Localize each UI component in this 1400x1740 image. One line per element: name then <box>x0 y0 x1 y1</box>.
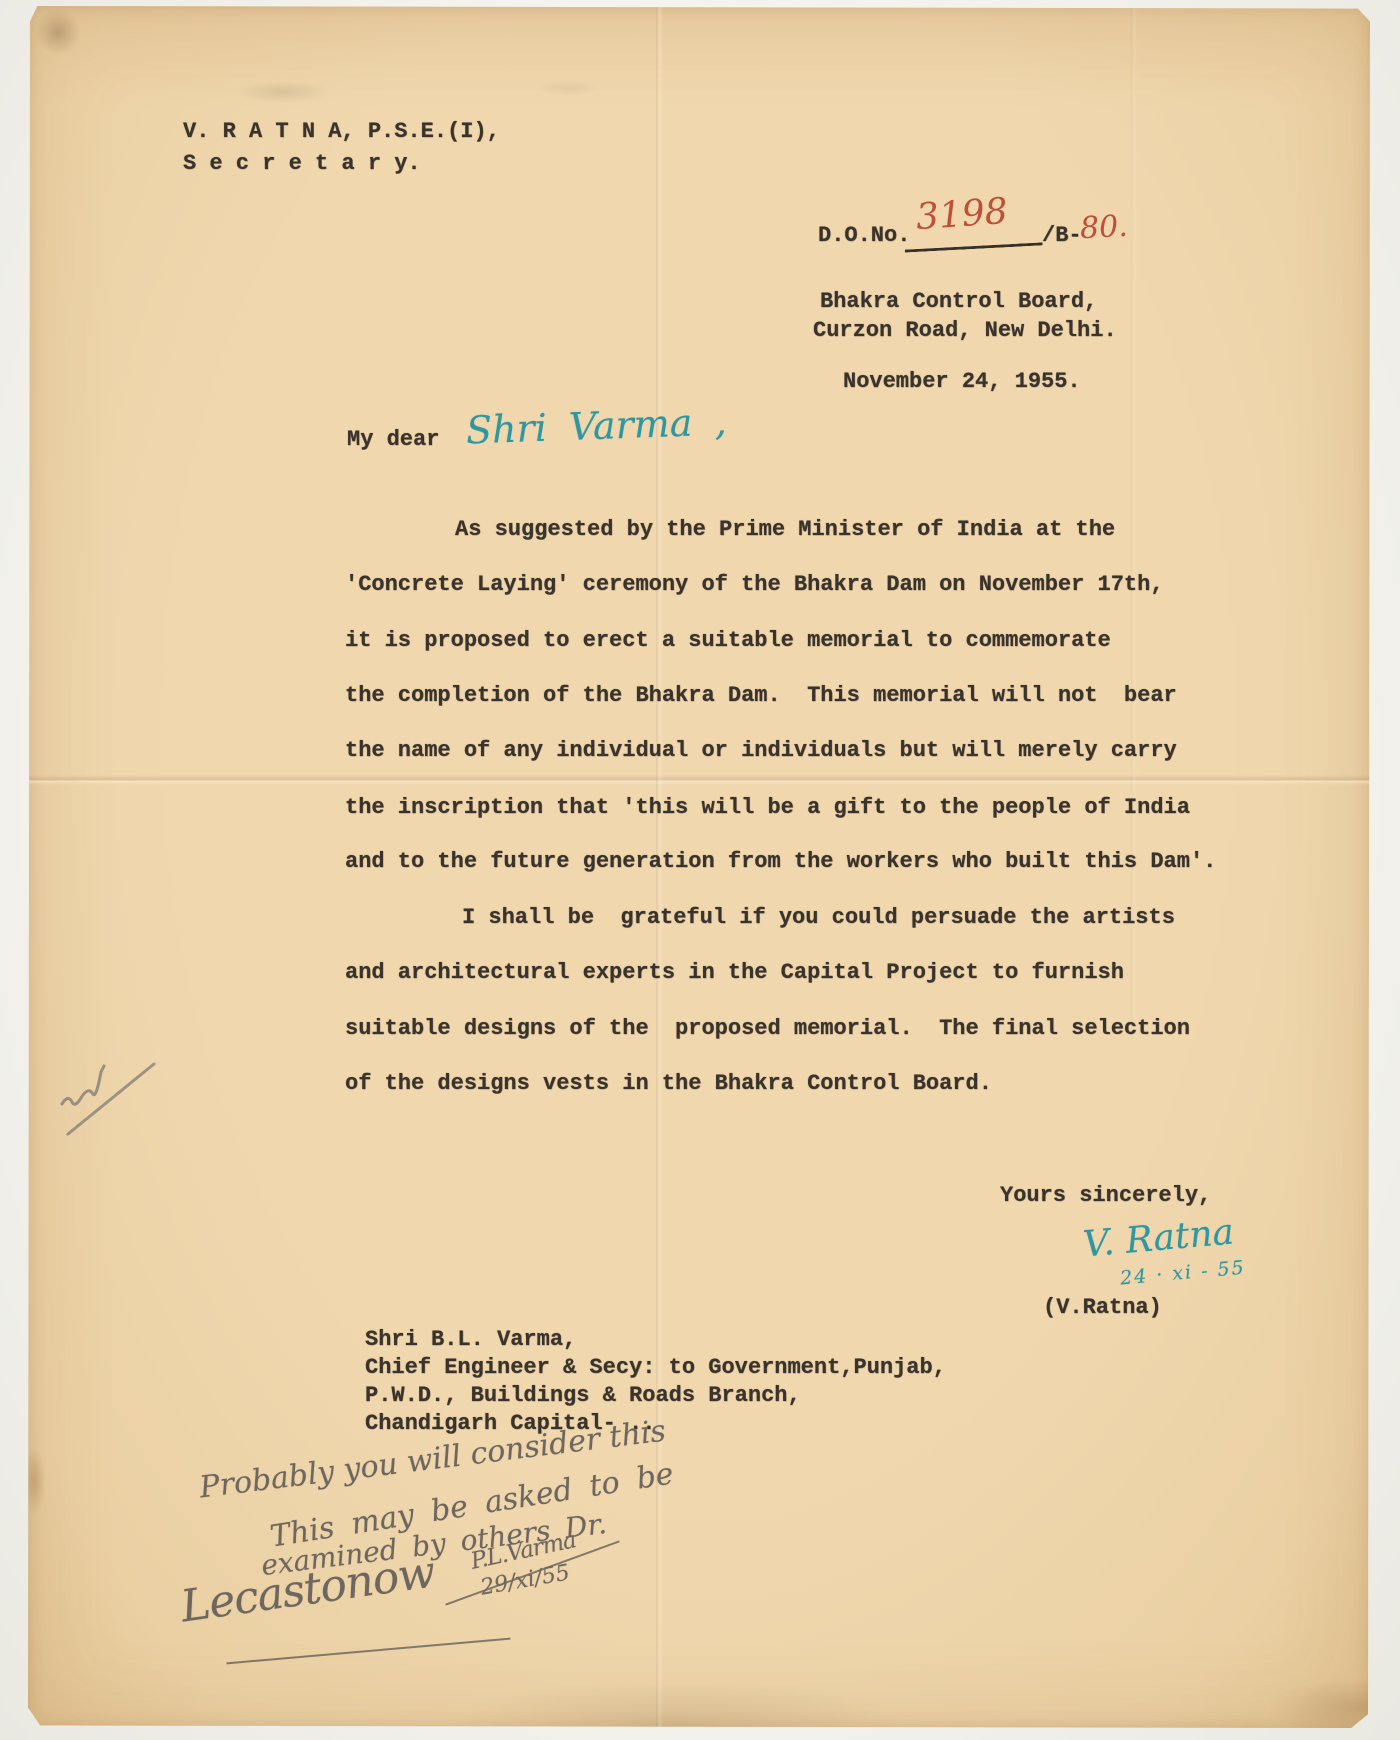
body-line: I shall be grateful if you could persuad… <box>462 904 1175 932</box>
letter-date: November 24, 1955. <box>843 368 1081 396</box>
salutation-typed: My dear <box>347 426 439 454</box>
scanned-letter-page: V. R A T N A, P.S.E.(I), S e c r e t a r… <box>0 0 1400 1740</box>
origin-address-line-2: Curzon Road, New Delhi. <box>813 317 1117 345</box>
ref-suffix-handwritten: 80. <box>1079 209 1128 246</box>
bottom-signature-underline <box>226 1638 510 1665</box>
body-line: the inscription that 'this will be a gif… <box>345 794 1190 822</box>
vertical-fold-crease-faint <box>1131 6 1137 1039</box>
body-line: the name of any individual or individual… <box>345 737 1177 765</box>
paper-sheet: V. R A T N A, P.S.E.(I), S e c r e t a r… <box>28 6 1370 1728</box>
body-line: suitable designs of the proposed memoria… <box>345 1015 1190 1043</box>
ref-suffix: /B- <box>1042 222 1082 250</box>
signature-date-script: 24 · xi - 55 <box>1119 1257 1246 1290</box>
body-line: it is proposed to erect a suitable memor… <box>345 627 1111 655</box>
ref-underline <box>903 216 1042 252</box>
body-line: the completion of the Bhakra Dam. This m… <box>345 682 1177 710</box>
body-line: and to the future generation from the wo… <box>345 848 1216 876</box>
origin-address-line-1: Bhakra Control Board, <box>820 288 1097 316</box>
valediction: Yours sincerely, <box>1000 1182 1211 1210</box>
salutation-handwritten: Shri Varma , <box>465 399 727 452</box>
body-line: As suggested by the Prime Minister of In… <box>455 516 1115 544</box>
recipient-line: Chief Engineer & Secy: to Government,Pun… <box>365 1354 946 1382</box>
body-line: and architectural experts in the Capital… <box>345 959 1124 987</box>
signature-typed: (V.Ratna) <box>1043 1294 1162 1322</box>
sender-name: V. R A T N A, P.S.E.(I), <box>183 118 500 146</box>
ref-label: D.O.No. <box>818 222 910 250</box>
signature-script: V. Ratna <box>1082 1211 1236 1265</box>
body-line: 'Concrete Laying' ceremony of the Bhakra… <box>345 571 1164 599</box>
recipient-line: P.W.D., Buildings & Roads Branch, <box>365 1382 801 1410</box>
sender-title: S e c r e t a r y. <box>183 150 421 178</box>
margin-pencil-mark <box>54 1038 174 1138</box>
recipient-line: Shri B.L. Varma, <box>365 1326 576 1354</box>
horizontal-fold-crease <box>28 775 1370 785</box>
body-line: of the designs vests in the Bhakra Contr… <box>345 1070 992 1098</box>
